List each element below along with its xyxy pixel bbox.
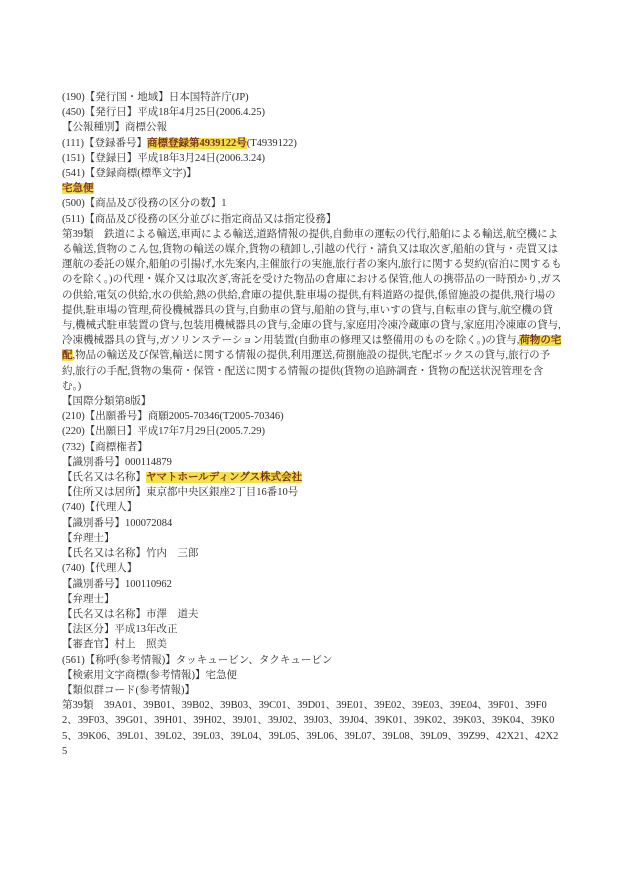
field-text: 【弁理士】	[62, 594, 115, 605]
field-agent-id-1: 【識別番号】100072084	[62, 516, 562, 531]
field-text: 【住所又は居所】東京都中央区銀座2丁目16番10号	[62, 487, 298, 498]
field-text: 【審査官】村上 照美	[62, 639, 167, 650]
field-examiner: 【審査官】村上 照美	[62, 637, 562, 652]
field-text: 【法区分】平成13年改正	[62, 624, 178, 635]
field-text: (220)【出願日】平成17年7月29日(2005.7.29)	[62, 426, 265, 437]
field-intl-classification: 【国際分類第8版】	[62, 394, 562, 409]
field-text: 【公報種別】商標公報	[62, 122, 167, 133]
highlighted-holder-name: ヤマトホールディングス株式会社	[146, 472, 302, 483]
field-similar-group-code-label: 【類似群コード(参考情報)】	[62, 683, 562, 698]
field-registered-trademark-label: (541)【登録商標(標準文字)】	[62, 166, 562, 181]
field-registration-number: (111)【登録番号】商標登録第4939122号(T4939122)	[62, 136, 562, 151]
field-text: 【氏名又は名称】竹内 三郎	[62, 548, 199, 559]
field-text: 【検索用文字商標(参考情報)】宅急便	[62, 670, 237, 681]
field-trademark-text: 宅急便	[62, 181, 562, 196]
field-designated-services: 第39類 鉄道による輸送,車両による輸送,道路情報の提供,自動車の運転の代行,船…	[62, 227, 562, 394]
field-text: (732)【商標権者】	[62, 442, 148, 453]
field-issuing-country: (190)【発行国・地域】日本国特許庁(JP)	[62, 90, 562, 105]
field-pronunciation: (561)【称呼(参考情報)】タッキュービン、タクキュービン	[62, 653, 562, 668]
field-text: 【氏名又は名称】市澤 道夫	[62, 609, 199, 620]
field-similar-group-codes: 第39類 39A01、39B01、39B02、39B03、39C01、39D01…	[62, 698, 562, 759]
field-attorney-label-2: 【弁理士】	[62, 592, 562, 607]
field-agent-label-2: (740)【代理人】	[62, 561, 562, 576]
field-agent-name-2: 【氏名又は名称】市澤 道夫	[62, 607, 562, 622]
field-registration-date: (151)【登録日】平成18年3月24日(2006.3.24)	[62, 151, 562, 166]
field-agent-label-1: (740)【代理人】	[62, 500, 562, 515]
field-text: (511)【商品及び役務の区分並びに指定商品又は指定役務】	[62, 214, 336, 225]
highlighted-registration-number: 商標登録第4939122号	[147, 138, 247, 149]
field-text: 【弁理士】	[62, 533, 115, 544]
field-text: (541)【登録商標(標準文字)】	[62, 168, 197, 179]
field-text: 【類似群コード(参考情報)】	[62, 685, 195, 696]
field-issue-date: (450)【発行日】平成18年4月25日(2006.4.25)	[62, 105, 562, 120]
field-gazette-type: 【公報種別】商標公報	[62, 120, 562, 135]
field-text: 【識別番号】100110962	[62, 579, 172, 590]
trademark-gazette-page: (190)【発行国・地域】日本国特許庁(JP) (450)【発行日】平成18年4…	[0, 0, 622, 880]
field-text: (210)【出願番号】商願2005-70346(T2005-70346)	[62, 411, 284, 422]
highlighted-trademark-text: 宅急便	[62, 183, 94, 194]
field-text: (450)【発行日】平成18年4月25日(2006.4.25)	[62, 107, 265, 118]
field-label: (111)【登録番号】	[62, 138, 147, 149]
services-text-after: ,物品の輸送及び保管,輸送に関する情報の提供,利用運送,荷捌施設の提供,宅配ボッ…	[62, 350, 550, 391]
field-text: 第39類 39A01、39B01、39B02、39B03、39C01、39D01…	[62, 700, 558, 757]
field-text: (561)【称呼(参考情報)】タッキュービン、タクキュービン	[62, 655, 332, 666]
field-trademark-holder-label: (732)【商標権者】	[62, 440, 562, 455]
field-text: (T4939122)	[247, 138, 297, 149]
field-search-text-trademark: 【検索用文字商標(参考情報)】宅急便	[62, 668, 562, 683]
field-holder-id: 【識別番号】000114879	[62, 455, 562, 470]
field-label: 【氏名又は名称】	[62, 472, 146, 483]
field-text: (190)【発行国・地域】日本国特許庁(JP)	[62, 92, 249, 103]
field-agent-id-2: 【識別番号】100110962	[62, 577, 562, 592]
field-text: (500)【商品及び役務の区分の数】1	[62, 198, 227, 209]
field-holder-name: 【氏名又は名称】ヤマトホールディングス株式会社	[62, 470, 562, 485]
field-text: 【識別番号】100072084	[62, 518, 172, 529]
field-agent-name-1: 【氏名又は名称】竹内 三郎	[62, 546, 562, 561]
field-application-number: (210)【出願番号】商願2005-70346(T2005-70346)	[62, 409, 562, 424]
field-law-category: 【法区分】平成13年改正	[62, 622, 562, 637]
field-text: (151)【登録日】平成18年3月24日(2006.3.24)	[62, 153, 265, 164]
field-attorney-label-1: 【弁理士】	[62, 531, 562, 546]
field-text: 【識別番号】000114879	[62, 457, 172, 468]
field-text: (740)【代理人】	[62, 563, 137, 574]
field-holder-address: 【住所又は居所】東京都中央区銀座2丁目16番10号	[62, 485, 562, 500]
field-designated-services-label: (511)【商品及び役務の区分並びに指定商品又は指定役務】	[62, 212, 562, 227]
field-class-count: (500)【商品及び役務の区分の数】1	[62, 196, 562, 211]
field-text: (740)【代理人】	[62, 502, 137, 513]
gazette-body: (190)【発行国・地域】日本国特許庁(JP) (450)【発行日】平成18年4…	[62, 90, 562, 759]
field-application-date: (220)【出願日】平成17年7月29日(2005.7.29)	[62, 424, 562, 439]
field-text: 【国際分類第8版】	[62, 396, 151, 407]
services-text-before: 第39類 鉄道による輸送,車両による輸送,道路情報の提供,自動車の運転の代行,船…	[62, 229, 562, 346]
